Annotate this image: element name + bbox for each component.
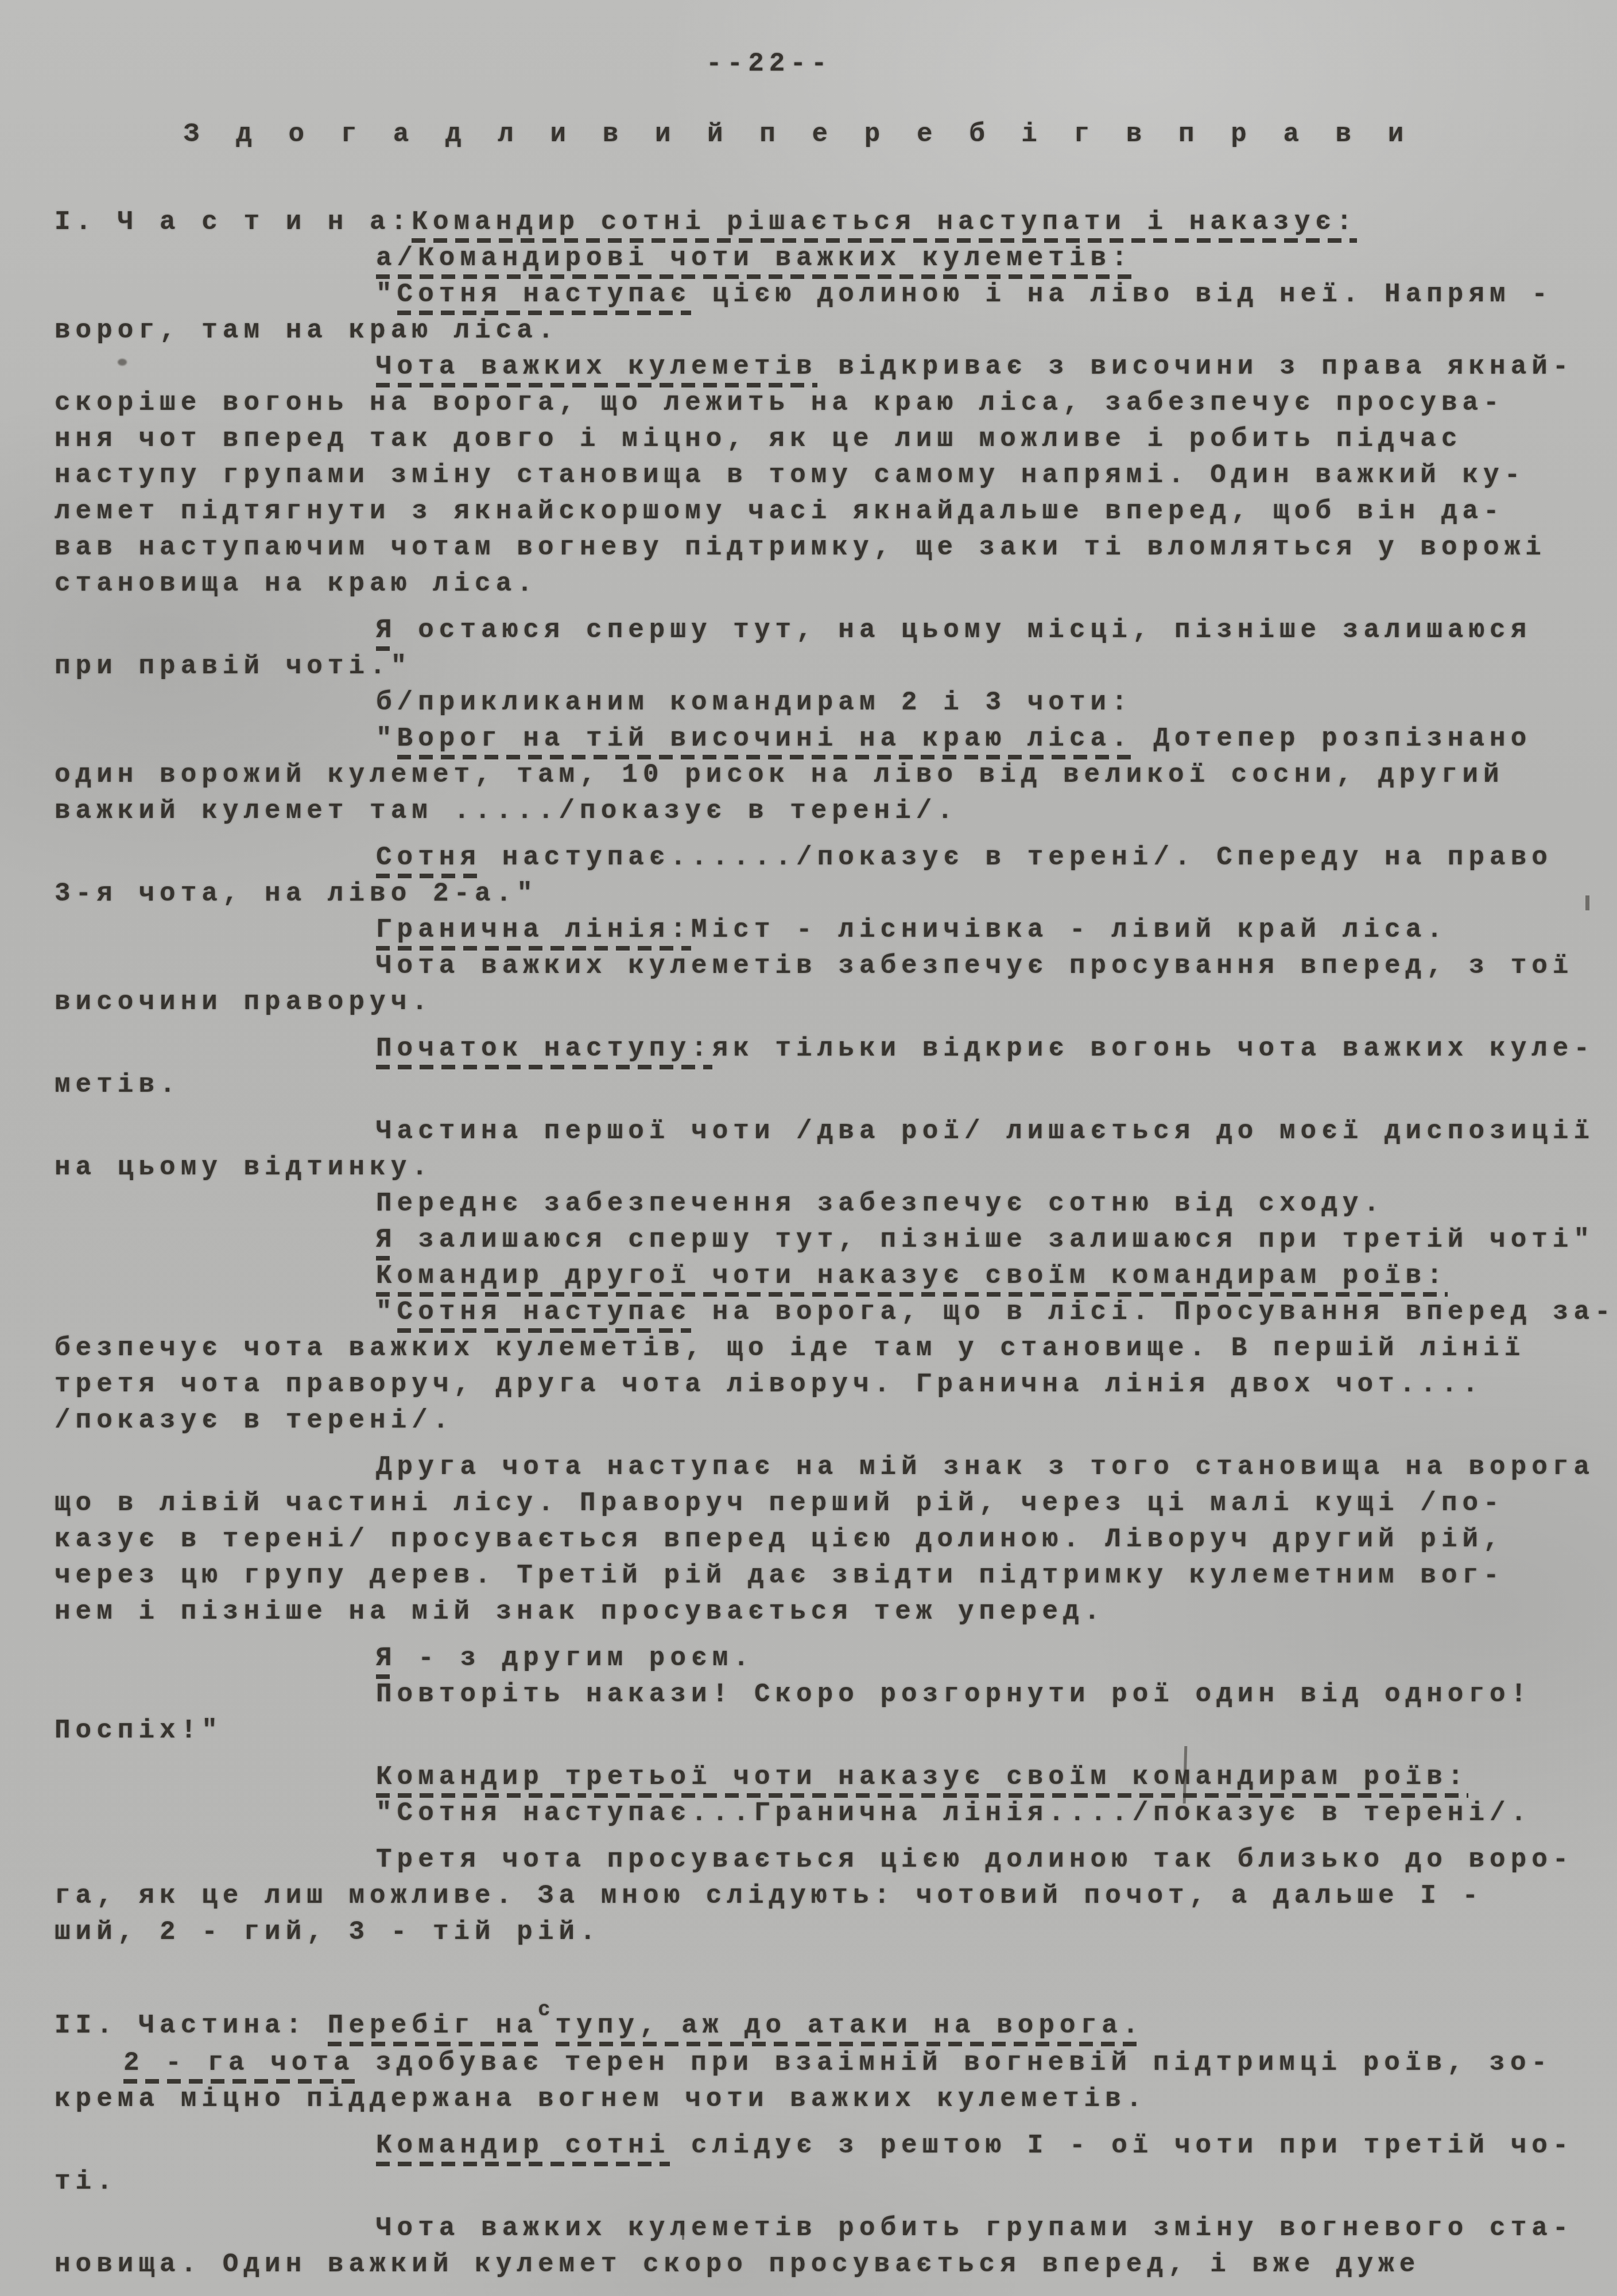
text-segment: ІІ. Частина:: [55, 2011, 328, 2041]
text-segment: Поспіх!": [55, 1716, 223, 1746]
text-segment: І. Ч а с т и н а:: [55, 207, 412, 237]
text-segment: слідує з рештою І - ої чоти при третій ч…: [670, 2131, 1573, 2161]
text-segment: при правій чоті.": [55, 651, 412, 681]
text-line: "Сотня наступає...Гранична лінія..../пок…: [55, 1795, 1617, 1832]
text-line: один ворожий кулемет, там, 10 рисок на л…: [55, 757, 1617, 793]
text-line: "Ворог на тій височині на краю ліса. Дот…: [55, 721, 1617, 757]
text-line: метів.: [55, 1067, 1617, 1103]
underlined-text: Чота важких кулеметів: [376, 352, 817, 388]
underlined-text: Я: [376, 615, 397, 651]
underlined-text: а/Командирові чоти важких кулеметів:: [376, 243, 1133, 280]
underlined-text: Початок наступу:: [376, 1034, 712, 1070]
text-line: Сотня наступає....../показує в терені/. …: [55, 840, 1617, 876]
text-line: вав наступаючим чотам вогневу підтримку,…: [55, 530, 1617, 566]
underlined-text: Гранична лінія:: [376, 915, 691, 951]
text-segment: ": [376, 724, 397, 754]
text-segment: скоріше вогонь на ворога, що лежить на к…: [55, 388, 1504, 418]
text-line: на цьому відтинку.: [55, 1150, 1617, 1186]
text-segment: становища на краю ліса.: [55, 569, 538, 599]
text-line: нем і пізніше на мій знак просувається т…: [55, 1594, 1617, 1630]
text-line: Переднє забезпечення забезпечує сотню ві…: [55, 1186, 1617, 1222]
text-line: ті.: [55, 2164, 1617, 2200]
text-line: Я - з другим роєм.: [55, 1640, 1617, 1677]
text-line: Чота важких кулеметів робить групами змі…: [55, 2210, 1617, 2247]
text-line: становища на краю ліса.: [55, 566, 1617, 602]
text-segment: що в лівій частині лісу. Праворуч перший…: [55, 1488, 1504, 1518]
text-segment: ший, 2 - гий, 3 - тій рій.: [55, 1917, 601, 1947]
inserted-correction-letter: с: [538, 1992, 556, 2028]
text-line: Командир другої чоти наказує своїм коман…: [55, 1258, 1617, 1294]
text-line: новища. Один важкий кулемет скоро просув…: [55, 2247, 1617, 2283]
text-segment: нем і пізніше на мій знак просувається т…: [55, 1597, 1105, 1627]
text-line: Повторіть накази! Скоро розгорнути рої о…: [55, 1677, 1617, 1713]
text-line: б/прикликаним командирам 2 і 3 чоти:: [55, 685, 1617, 721]
text-segment: залишаюся спершу тут, пізніше залишаюся …: [397, 1225, 1595, 1255]
text-line: Чота важких кулеметів забезпечує просува…: [55, 948, 1617, 984]
text-segment: один ворожий кулемет, там, 10 рисок на л…: [55, 760, 1504, 790]
text-line: казує в терені/ просувається вперед цією…: [55, 1522, 1617, 1558]
text-segment: на ворога, що в лісі. Просування вперед …: [691, 1297, 1616, 1327]
text-segment: новища. Один важкий кулемет скоро просув…: [55, 2250, 1420, 2279]
text-line: височини праворуч.: [55, 984, 1617, 1021]
underlined-text: Сотня наступає: [397, 1297, 691, 1333]
text-line: "Сотня наступає на ворога, що в лісі. Пр…: [55, 1294, 1617, 1331]
text-line: що в лівій частині лісу. Праворуч перший…: [55, 1486, 1617, 1522]
text-segment: вав наступаючим чотам вогневу підтримку,…: [55, 533, 1546, 563]
text-line: наступу групами зміну становища в тому с…: [55, 457, 1617, 494]
scan-speck-artifact: [682, 2227, 684, 2240]
text-line: крема міцно піддержана вогнем чоти важки…: [55, 2081, 1617, 2117]
text-segment: - з другим роєм.: [397, 1643, 754, 1673]
text-segment: 3-я чота, на ліво 2-а.": [55, 879, 538, 909]
text-line: ння чот вперед так довго і міцно, як це …: [55, 421, 1617, 457]
text-segment: ті.: [55, 2167, 118, 2197]
text-segment: здобуває терен при взаімній вогневій під…: [355, 2048, 1552, 2078]
text-line: при правій чоті.": [55, 649, 1617, 685]
text-segment: остаюся спершу тут, на цьому місці, пізн…: [397, 615, 1532, 645]
text-line: Чота важких кулеметів відкриває з височи…: [55, 349, 1617, 385]
text-line: Друга чота наступає на мій знак з того с…: [55, 1449, 1617, 1486]
document-body: І. Ч а с т и н а:Командир сотні рішаєтьс…: [55, 204, 1617, 2283]
text-line: /показує в терені/.: [55, 1403, 1617, 1439]
text-segment: відкриває з височини з права якнай-: [817, 352, 1574, 382]
text-segment: ворог, там на краю ліса.: [55, 316, 559, 346]
text-line: ший, 2 - гий, 3 - тій рій.: [55, 1914, 1617, 1950]
text-segment: крема міцно піддержана вогнем чоти важки…: [55, 2084, 1147, 2114]
underlined-text: Перебіг на: [328, 2011, 538, 2047]
underlined-text: Командир сотні: [376, 2131, 670, 2167]
text-line: скоріше вогонь на ворога, що лежить на к…: [55, 385, 1617, 421]
text-line: Я остаюся спершу тут, на цьому місці, пі…: [55, 612, 1617, 649]
text-segment: наступу групами зміну становища в тому с…: [55, 460, 1525, 490]
text-line: Гранична лінія:Міст - лісничівка - лівий…: [55, 912, 1617, 948]
text-segment: ": [376, 280, 397, 309]
text-segment: цією долиною і на ліво від неї. Напрям -: [691, 280, 1553, 309]
text-segment: на цьому відтинку.: [55, 1153, 433, 1182]
text-line: лемет підтягнути з якнайскоршому часі як…: [55, 494, 1617, 530]
text-segment: Частина першої чоти /два рої/ лишається …: [376, 1116, 1595, 1146]
underlined-text: Сотня: [376, 843, 481, 879]
text-segment: безпечує чота важких кулеметів, що іде т…: [55, 1333, 1525, 1363]
text-line: третя чота праворуч, друга чота ліворуч.…: [55, 1367, 1617, 1403]
text-line: "Сотня наступає цією долиною і на ліво в…: [55, 277, 1617, 313]
underlined-text: Командир третьої чоти наказує своїм кома…: [376, 1762, 1468, 1798]
underlined-text: Командир другої чоти наказує своїм коман…: [376, 1261, 1448, 1297]
underlined-text: Я: [376, 1225, 397, 1261]
text-line: через цю групу дерев. Третій рій дає зві…: [55, 1558, 1617, 1594]
text-segment: Чота важких кулеметів забезпечує просува…: [376, 951, 1573, 981]
text-segment: /показує в терені/.: [55, 1406, 454, 1436]
page-number: --22--: [55, 46, 1617, 82]
text-line: важкий кулемет там ...../показує в терен…: [55, 793, 1617, 829]
text-segment: третя чота праворуч, друга чота ліворуч.…: [55, 1370, 1483, 1399]
text-line: І. Ч а с т и н а:Командир сотні рішаєтьс…: [55, 204, 1617, 241]
underlined-text: Сотня наступає: [397, 280, 691, 316]
text-segment: Міст - лісничівка - лівий край ліса.: [691, 915, 1448, 945]
text-segment: ": [376, 1297, 397, 1327]
text-line: Третя чота просувається цією долиною так…: [55, 1842, 1617, 1878]
text-segment: б/прикликаним командирам 2 і 3 чоти:: [376, 688, 1133, 717]
text-segment: га, як це лиш можливе. За мною слідують:…: [55, 1881, 1483, 1911]
text-segment: Повторіть накази! Скоро розгорнути рої о…: [376, 1680, 1531, 1709]
document-title: З д о г а д л и в и й п е р е б і г в п …: [55, 117, 1617, 153]
text-segment: через цю групу дерев. Третій рій дає зві…: [55, 1561, 1504, 1591]
text-line: Частина першої чоти /два рої/ лишається …: [55, 1114, 1617, 1150]
text-segment: Друга чота наступає на мій знак з того с…: [376, 1452, 1595, 1482]
underlined-text: Командир сотні рішається наступати і нак…: [412, 207, 1357, 243]
text-line: Поспіх!": [55, 1713, 1617, 1749]
text-segment: ння чот вперед так довго і міцно, як це …: [55, 424, 1463, 454]
text-line: 2 - га чота здобуває терен при взаімній …: [55, 2045, 1617, 2081]
text-segment: Дотепер розпізнано: [1133, 724, 1532, 754]
text-segment: наступає....../показує в терені/. Сперед…: [481, 843, 1553, 872]
text-line: безпечує чота важких кулеметів, що іде т…: [55, 1331, 1617, 1367]
text-line: Початок наступу:як тільки відкриє вогонь…: [55, 1031, 1617, 1067]
text-segment: Переднє забезпечення забезпечує сотню ві…: [376, 1189, 1385, 1219]
scan-speck-artifact: [1585, 895, 1589, 910]
text-segment: метів.: [55, 1070, 181, 1100]
text-line: ворог, там на краю ліса.: [55, 313, 1617, 349]
text-segment: як тільки відкриє вогонь чота важких кул…: [712, 1034, 1595, 1064]
text-line: а/Командирові чоти важких кулеметів:: [55, 241, 1617, 277]
text-segment: височини праворуч.: [55, 987, 433, 1017]
text-line: Командир сотні слідує з рештою І - ої чо…: [55, 2128, 1617, 2164]
underlined-text: 2 - га чота: [123, 2048, 355, 2084]
text-segment: Третя чота просувається цією долиною так…: [376, 1845, 1573, 1875]
text-segment: лемет підтягнути з якнайскоршому часі як…: [55, 497, 1504, 526]
text-segment: казує в терені/ просувається вперед цією…: [55, 1525, 1504, 1554]
text-line: Я залишаюся спершу тут, пізніше залишаюс…: [55, 1222, 1617, 1258]
typewritten-text-block: --22-- З д о г а д л и в и й п е р е б і…: [0, 0, 1617, 2283]
underlined-text: тупу, аж до атаки на ворога.: [556, 2011, 1144, 2047]
scanned-document-page: --22-- З д о г а д л и в и й п е р е б і…: [0, 0, 1617, 2296]
text-segment: Чота важких кулеметів робить групами змі…: [376, 2213, 1573, 2243]
text-line: 3-я чота, на ліво 2-а.": [55, 876, 1617, 912]
ink-blot-artifact: [118, 359, 127, 366]
underlined-text: Ворог на тій височині на краю ліса.: [397, 724, 1133, 760]
underlined-text: Я: [376, 1643, 397, 1680]
text-line: ІІ. Частина: Перебіг наступу, аж до атак…: [55, 2008, 1617, 2045]
text-line: Командир третьої чоти наказує своїм кома…: [55, 1759, 1617, 1795]
text-segment: важкий кулемет там ...../показує в терен…: [55, 796, 958, 826]
text-segment: "Сотня наступає...Гранична лінія..../пок…: [376, 1798, 1531, 1828]
text-line: га, як це лиш можливе. За мною слідують:…: [55, 1878, 1617, 1914]
